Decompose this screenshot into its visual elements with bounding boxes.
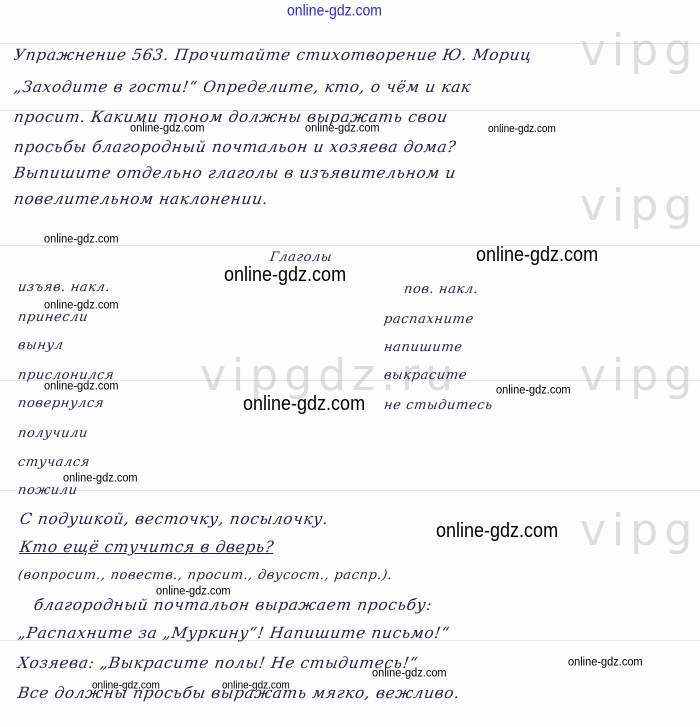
- site-watermark: online-gdz.com: [243, 391, 365, 415]
- answer-line: „Распахните за „Муркину“! Напишите письм…: [17, 624, 451, 642]
- site-watermark: online-gdz.com: [568, 655, 643, 668]
- site-watermark: online-gdz.com: [130, 121, 205, 134]
- answer-line-underlined: Кто ещё стучится в дверь?: [19, 538, 275, 556]
- task-line: повелительном наклонении.: [13, 190, 270, 208]
- site-watermark: online-gdz.com: [44, 232, 119, 245]
- faint-watermark: vipgdz.ru: [580, 350, 700, 401]
- site-watermark: online-gdz.com: [305, 121, 380, 134]
- imperative-verb: распахните: [383, 312, 475, 327]
- faint-watermark: vipgdz.ru: [580, 180, 700, 231]
- answer-line: Хозяева: „Выкрасите полы! Не стыдитесь!“: [17, 654, 420, 672]
- site-watermark: online-gdz.com: [476, 242, 598, 266]
- site-watermark: online-gdz.com: [44, 298, 119, 311]
- imperative-verb: не стыдитесь: [383, 398, 494, 413]
- site-watermark: online-gdz.com: [496, 383, 571, 396]
- imperative-verb: выкрасите: [383, 368, 468, 383]
- indicative-verb: получили: [17, 426, 89, 441]
- answer-line: С подушкой, весточку, посылочку.: [19, 510, 330, 528]
- homework-page: vipgdz.ru vipgdz.ru vipgdz.ru vipgdz.ru …: [0, 0, 700, 727]
- imperative-header: пов. накл.: [403, 282, 480, 297]
- indicative-verb: принесли: [17, 310, 89, 325]
- ruling-line: [0, 490, 700, 491]
- site-watermark: online-gdz.com: [92, 679, 160, 691]
- task-line: Выпишите отдельно глаголы в изъявительно…: [13, 164, 458, 182]
- site-watermark: online-gdz.com: [488, 123, 556, 135]
- task-line: Упражнение 563. Прочитайте стихотворение…: [13, 46, 533, 64]
- task-line: просит. Какими тоном должны выражать сво…: [13, 108, 449, 126]
- faint-watermark: vipgdz.ru: [580, 505, 700, 556]
- site-watermark: online-gdz.com: [63, 471, 138, 484]
- task-line: „Заходите в гости!“ Определите, кто, о ч…: [13, 78, 473, 96]
- site-watermark: online-gdz.com: [44, 379, 119, 392]
- site-watermark: online-gdz.com: [372, 666, 447, 679]
- site-watermark: online-gdz.com: [224, 262, 346, 286]
- site-watermark: online-gdz.com: [436, 518, 558, 542]
- indicative-verb: повернулся: [17, 396, 105, 411]
- site-watermark: online-gdz.com: [156, 584, 231, 597]
- top-watermark: online-gdz.com: [287, 1, 382, 19]
- indicative-header: изъяв. накл.: [17, 280, 111, 295]
- indicative-verb: вынул: [17, 338, 65, 353]
- site-watermark: online-gdz.com: [222, 679, 290, 691]
- answer-line: (вопросит., повеств., просит., двусост.,…: [17, 568, 394, 583]
- task-line: просьбы благородный почтальон и хозяева …: [13, 138, 458, 156]
- indicative-verb: пожили: [17, 483, 79, 498]
- answer-line: благородный почтальон выражает просьбу:: [33, 596, 434, 614]
- imperative-verb: напишите: [383, 340, 464, 355]
- faint-watermark: vipgdz.ru: [580, 25, 700, 76]
- indicative-verb: стучался: [17, 455, 91, 470]
